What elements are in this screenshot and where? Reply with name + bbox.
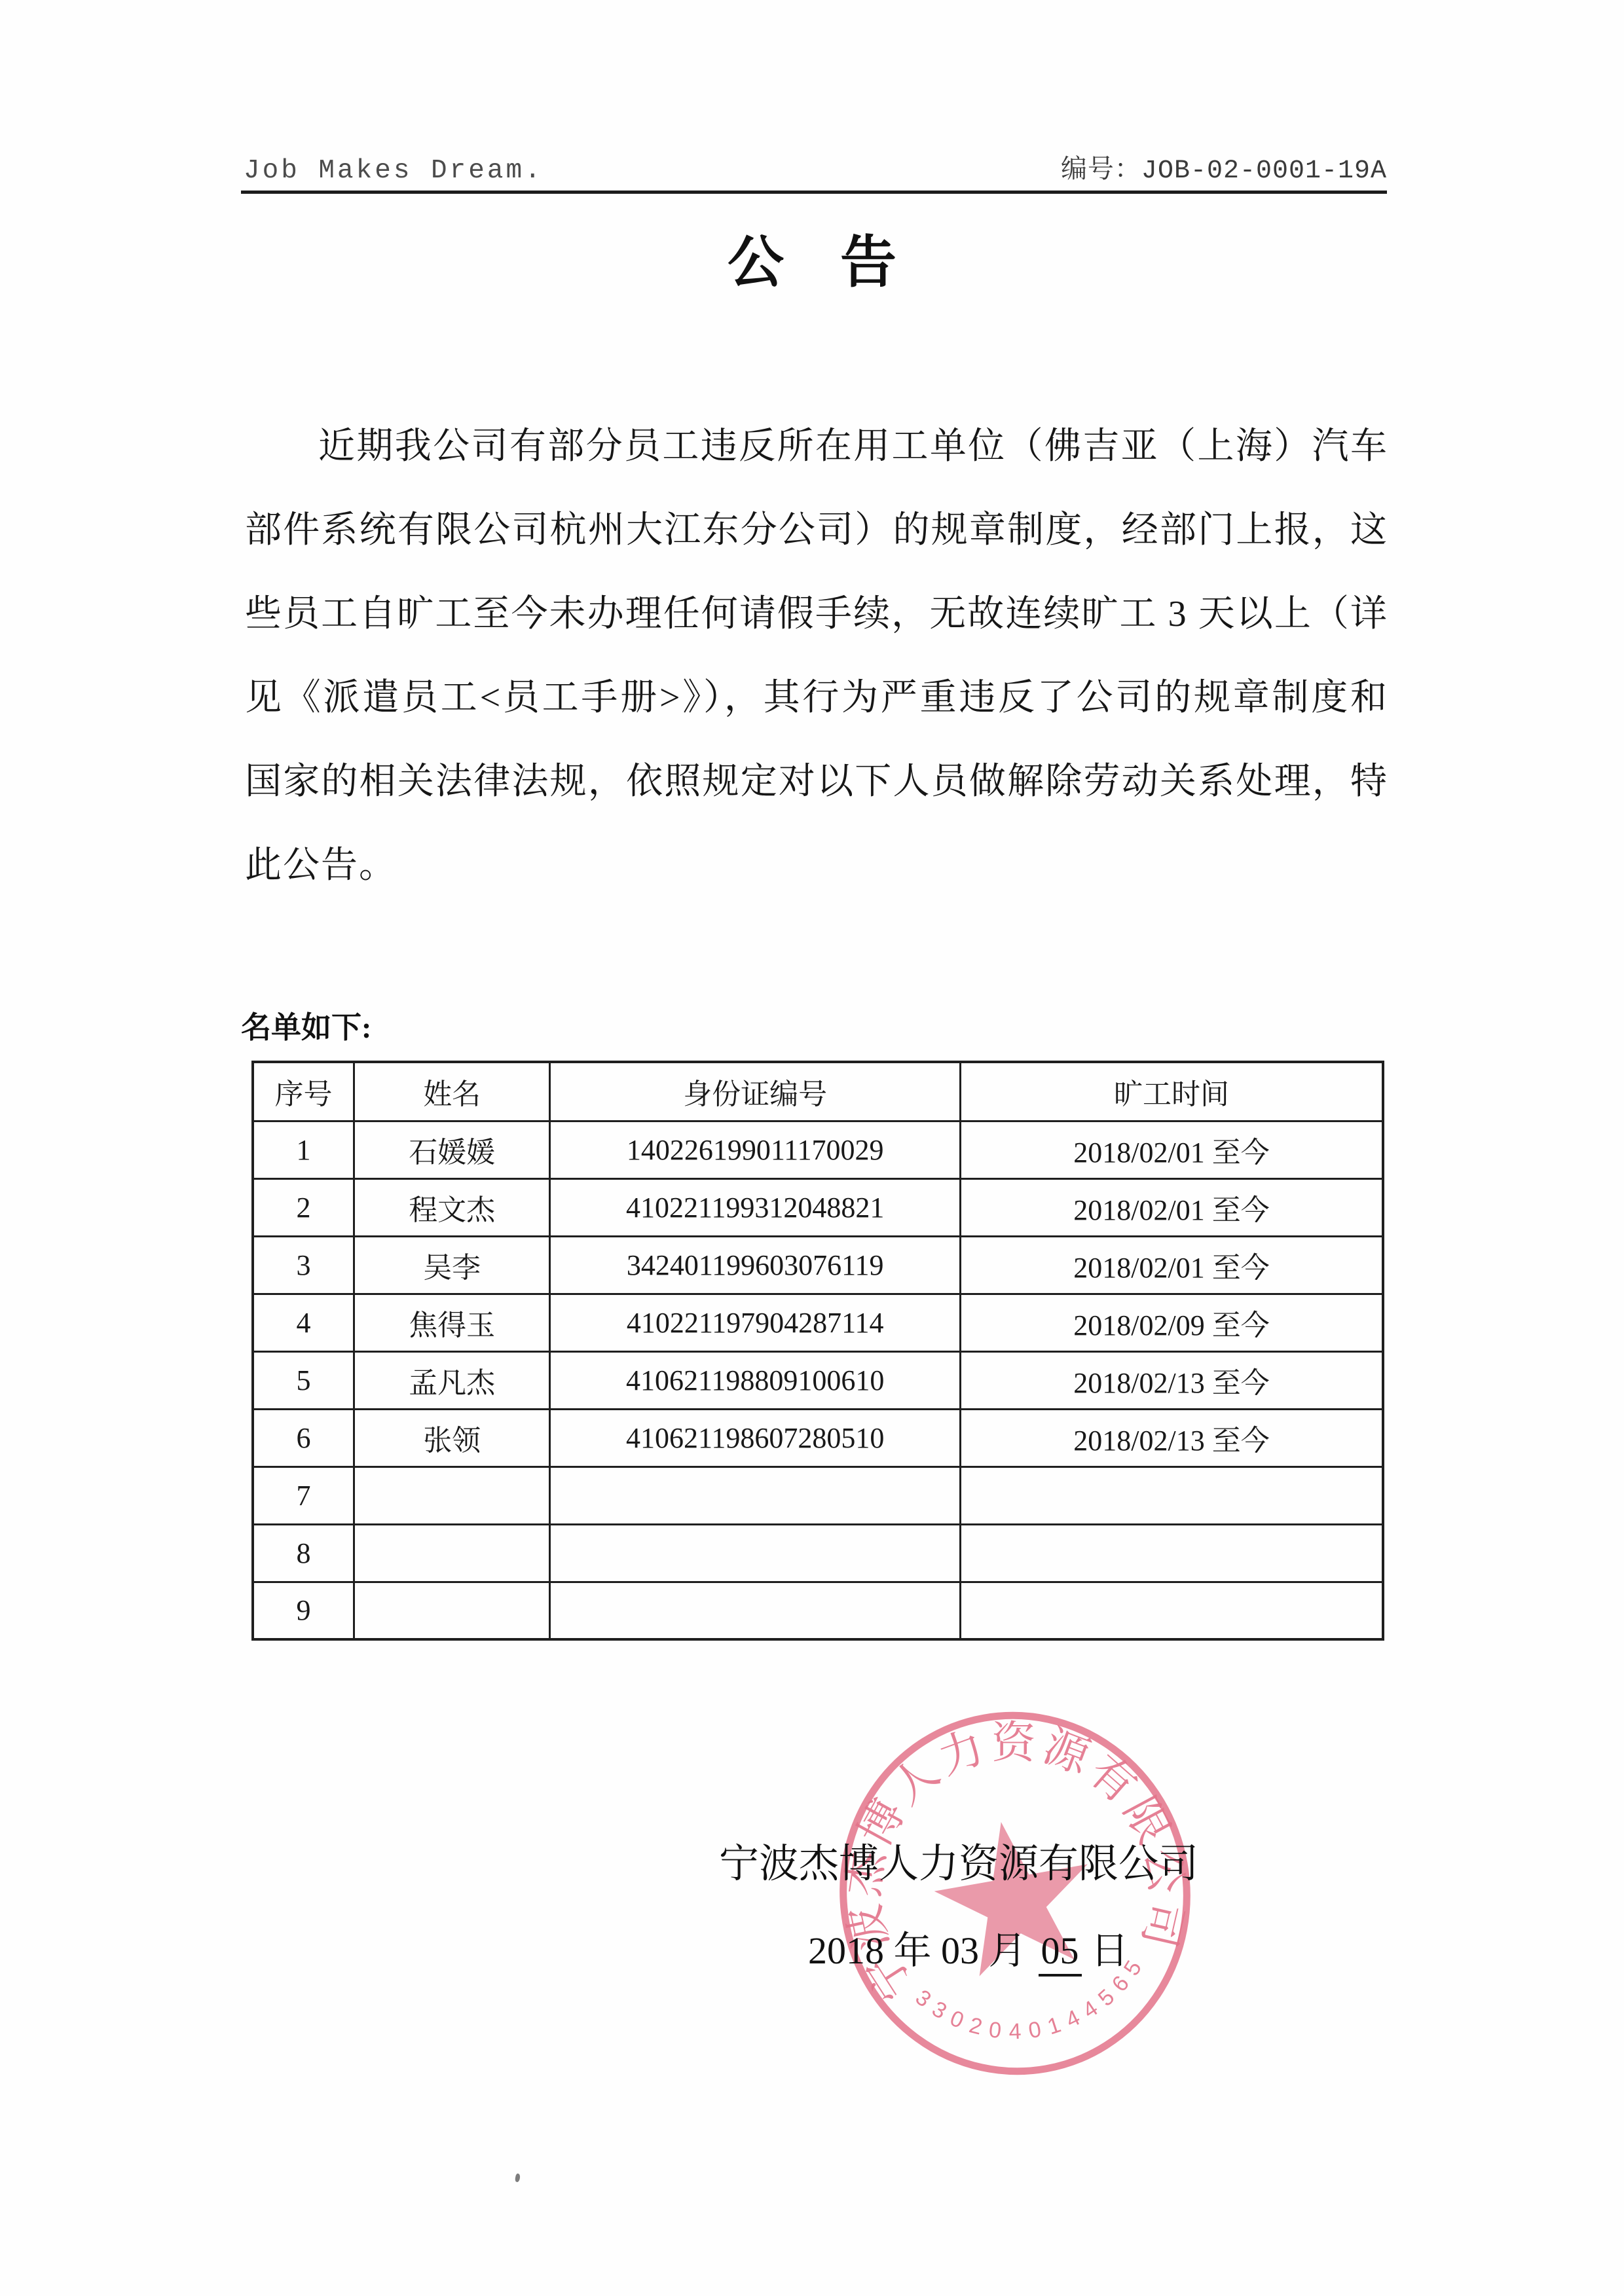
row-index-cell: 6 — [253, 1409, 354, 1467]
absence-period-cell: 2018/02/13 至今 — [960, 1351, 1383, 1409]
table-row: 8 — [253, 1524, 1383, 1582]
signature-date-prefix: 2018 年 03 月 — [808, 1929, 1027, 1972]
row-index-cell: 7 — [253, 1467, 354, 1524]
table-row: 7 — [253, 1467, 1383, 1524]
row-index-cell: 2 — [253, 1178, 354, 1236]
header-divider-line — [241, 191, 1387, 194]
absence-period-cell: 2018/02/09 至今 — [960, 1294, 1383, 1351]
id-number-cell: 410621198809100610 — [550, 1351, 961, 1409]
name-cell — [354, 1582, 549, 1639]
table-row: 9 — [253, 1582, 1383, 1639]
table-header-row: 序号 姓名 身份证编号 旷工时间 — [253, 1062, 1383, 1121]
dismissed-employees-table: 序号 姓名 身份证编号 旷工时间 1 石媛媛 14022619901117002… — [251, 1061, 1384, 1641]
name-cell: 程文杰 — [354, 1178, 549, 1236]
signature-date-day-suffix: 日 — [1091, 1929, 1129, 1972]
id-number-cell — [550, 1582, 961, 1639]
company-seal-stamp: 宁波杰博人力资源有限公司 3302040144565 — [824, 1696, 1206, 2091]
name-cell: 石媛媛 — [354, 1121, 549, 1178]
table-row: 2 程文杰 410221199312048821 2018/02/01 至今 — [253, 1178, 1383, 1236]
row-index-cell: 5 — [253, 1351, 354, 1409]
page-title: 公 告 — [0, 230, 1624, 295]
name-cell: 孟凡杰 — [354, 1351, 549, 1409]
col-header-absence-period: 旷工时间 — [960, 1062, 1383, 1121]
company-slogan: Job Makes Dream. — [244, 156, 544, 186]
table-row: 6 张领 410621198607280510 2018/02/13 至今 — [253, 1409, 1383, 1467]
id-number-cell: 410621198607280510 — [550, 1409, 961, 1467]
id-number-cell — [550, 1524, 961, 1582]
name-cell: 焦得玉 — [354, 1294, 549, 1351]
absence-period-cell: 2018/02/01 至今 — [960, 1178, 1383, 1236]
absence-period-cell — [960, 1524, 1383, 1582]
table-row: 4 焦得玉 410221197904287114 2018/02/09 至今 — [253, 1294, 1383, 1351]
table-row: 1 石媛媛 140226199011170029 2018/02/01 至今 — [253, 1121, 1383, 1178]
col-header-index: 序号 — [253, 1062, 354, 1121]
name-cell — [354, 1524, 549, 1582]
absence-period-cell — [960, 1467, 1383, 1524]
name-cell — [354, 1467, 549, 1524]
absence-period-cell — [960, 1582, 1383, 1639]
id-number-cell: 140226199011170029 — [550, 1121, 961, 1178]
signature-date: 2018 年 03 月05日 — [808, 1920, 1129, 1977]
row-index-cell: 8 — [253, 1524, 354, 1582]
col-header-id-number: 身份证编号 — [550, 1062, 961, 1121]
absence-period-cell: 2018/02/01 至今 — [960, 1121, 1383, 1178]
announcement-body-text: 近期我公司有部分员工违反所在用工单位（佛吉亚（上海）汽车部件系统有限公司杭州大江… — [245, 405, 1388, 907]
signature-company-name: 宁波杰博人力资源有限公司 — [719, 1832, 1193, 1889]
id-number-cell — [550, 1467, 961, 1524]
roster-list-label: 名单如下: — [241, 1004, 371, 1047]
announcement-page: Job Makes Dream. 编号：JOB-02-0001-19A 公 告 … — [0, 0, 1624, 2296]
name-cell: 吴李 — [354, 1236, 549, 1294]
signature-date-day: 05 — [1039, 1929, 1082, 1977]
document-number: 编号：JOB-02-0001-19A — [1061, 148, 1387, 186]
row-index-cell: 1 — [253, 1121, 354, 1178]
table-row: 5 孟凡杰 410621198809100610 2018/02/13 至今 — [253, 1351, 1383, 1409]
row-index-cell: 4 — [253, 1294, 354, 1351]
id-number-cell: 410221197904287114 — [550, 1294, 961, 1351]
row-index-cell: 3 — [253, 1236, 354, 1294]
absence-period-cell: 2018/02/13 至今 — [960, 1409, 1383, 1467]
table-row: 3 吴李 342401199603076119 2018/02/01 至今 — [253, 1236, 1383, 1294]
absence-period-cell: 2018/02/01 至今 — [960, 1236, 1383, 1294]
id-number-cell: 342401199603076119 — [550, 1236, 961, 1294]
document-header: Job Makes Dream. 编号：JOB-02-0001-19A — [244, 148, 1387, 186]
name-cell: 张领 — [354, 1409, 549, 1467]
id-number-cell: 410221199312048821 — [550, 1178, 961, 1236]
row-index-cell: 9 — [253, 1582, 354, 1639]
col-header-name: 姓名 — [354, 1062, 549, 1121]
scan-ink-speck — [515, 2173, 521, 2182]
